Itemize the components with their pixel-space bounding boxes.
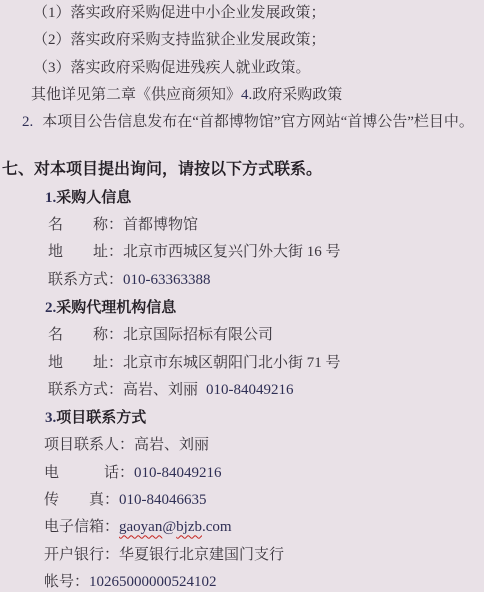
project-contact-title-number: 3. xyxy=(45,410,56,426)
project-contact-title-text: 项目联系方式 xyxy=(56,409,146,426)
agency-contact-persons: 高岩、刘丽 xyxy=(123,382,198,398)
document-page: （1）落实政府采购促进中小企业发展政策； （2）落实政府采购支持监狱企业发展政策… xyxy=(0,0,484,592)
purchaser-name-label: 名 称： xyxy=(48,217,123,233)
purchaser-contact-label: 联系方式： xyxy=(48,272,123,288)
email-label: 电子信箱： xyxy=(44,519,119,535)
email-domain-part: bjzb xyxy=(176,519,202,535)
fax-label: 传 真： xyxy=(44,492,119,508)
bank-value: 华夏银行北京建国门支行 xyxy=(119,547,284,563)
policy-item-3: （3）落实政府采购促进残疾人就业政策。 xyxy=(0,55,484,82)
email-user-part: gaoyan xyxy=(119,519,162,535)
phone-value: 010-84049216 xyxy=(134,465,222,481)
bank-row: 开户银行：华夏银行北京建国门支行 xyxy=(0,542,484,569)
project-contact-person-row: 项目联系人：高岩、刘丽 xyxy=(0,432,484,459)
agency-info-title-text: 采购代理机构信息 xyxy=(56,299,176,316)
agency-name-label: 名 称： xyxy=(48,327,123,343)
purchaser-contact-value: 010-63363388 xyxy=(123,272,211,288)
account-label: 帐号： xyxy=(44,574,89,590)
section-heading: 七、对本项目提出询问，请按以下方式联系。 xyxy=(0,156,484,183)
email-at-sign: @ xyxy=(162,519,176,535)
agency-address-value: 北京市东城区朝阳门北小街 71 号 xyxy=(123,355,341,371)
agency-contact-label: 联系方式： xyxy=(48,382,123,398)
phone-label: 电 话： xyxy=(44,465,134,481)
agency-contact-phone: 010-84049216 xyxy=(206,382,294,398)
fax-value: 010-84046635 xyxy=(119,492,207,508)
policy-item-1: （1）落实政府采购促进中小企业发展政策； xyxy=(0,0,484,27)
phone-row: 电 话：010-84049216 xyxy=(0,460,484,487)
email-row: 电子信箱：gaoyan@bjzb.com xyxy=(0,514,484,541)
purchaser-address-value: 北京市西城区复兴门外大街 16 号 xyxy=(123,244,341,260)
purchaser-name-value: 首都博物馆 xyxy=(123,217,198,233)
purchaser-info-title: 1.采购人信息 xyxy=(0,184,484,212)
announcement-text: 本项目公告信息发布在“首都博物馆”官方网站“首博公告”栏目中。 xyxy=(42,114,474,130)
other-policies-note: 其他详见第二章《供应商须知》4.政府采购政策 xyxy=(0,82,484,109)
agency-info-title: 2.采购代理机构信息 xyxy=(0,294,484,322)
account-value: 10265000000524102 xyxy=(89,574,217,590)
policy-item-2: （2）落实政府采购支持监狱企业发展政策； xyxy=(0,27,484,54)
agency-address-label: 地 址： xyxy=(48,355,123,371)
other-policies-note-post: 政府采购政策 xyxy=(252,87,342,103)
agency-name-row: 名 称：北京国际招标有限公司 xyxy=(0,322,484,349)
project-contact-title: 3.项目联系方式 xyxy=(0,404,484,432)
purchaser-info-title-number: 1. xyxy=(45,190,56,206)
agency-name-value: 北京国际招标有限公司 xyxy=(123,327,273,343)
bank-label: 开户银行： xyxy=(44,547,119,563)
announcement-number: 2. xyxy=(22,114,33,130)
purchaser-address-label: 地 址： xyxy=(48,244,123,260)
purchaser-info-title-text: 采购人信息 xyxy=(56,189,131,206)
purchaser-contact-row: 联系方式：010-63363388 xyxy=(0,267,484,294)
project-contact-person-value: 高岩、刘丽 xyxy=(134,437,209,453)
other-policies-note-pre: 其他详见第二章《供应商须知》 xyxy=(31,87,241,103)
purchaser-name-row: 名 称：首都博物馆 xyxy=(0,212,484,239)
email-tld-part: .com xyxy=(202,519,232,535)
project-contact-person-label: 项目联系人： xyxy=(44,437,134,453)
fax-row: 传 真：010-84046635 xyxy=(0,487,484,514)
purchaser-address-row: 地 址：北京市西城区复兴门外大街 16 号 xyxy=(0,239,484,266)
other-policies-note-number: 4. xyxy=(241,87,252,103)
agency-info-title-number: 2. xyxy=(45,300,56,316)
account-row: 帐号：10265000000524102 xyxy=(0,569,484,592)
announcement-line: 2.本项目公告信息发布在“首都博物馆”官方网站“首博公告”栏目中。 xyxy=(0,109,484,136)
agency-contact-row: 联系方式：高岩、刘丽010-84049216 xyxy=(0,377,484,404)
agency-address-row: 地 址：北京市东城区朝阳门北小街 71 号 xyxy=(0,350,484,377)
